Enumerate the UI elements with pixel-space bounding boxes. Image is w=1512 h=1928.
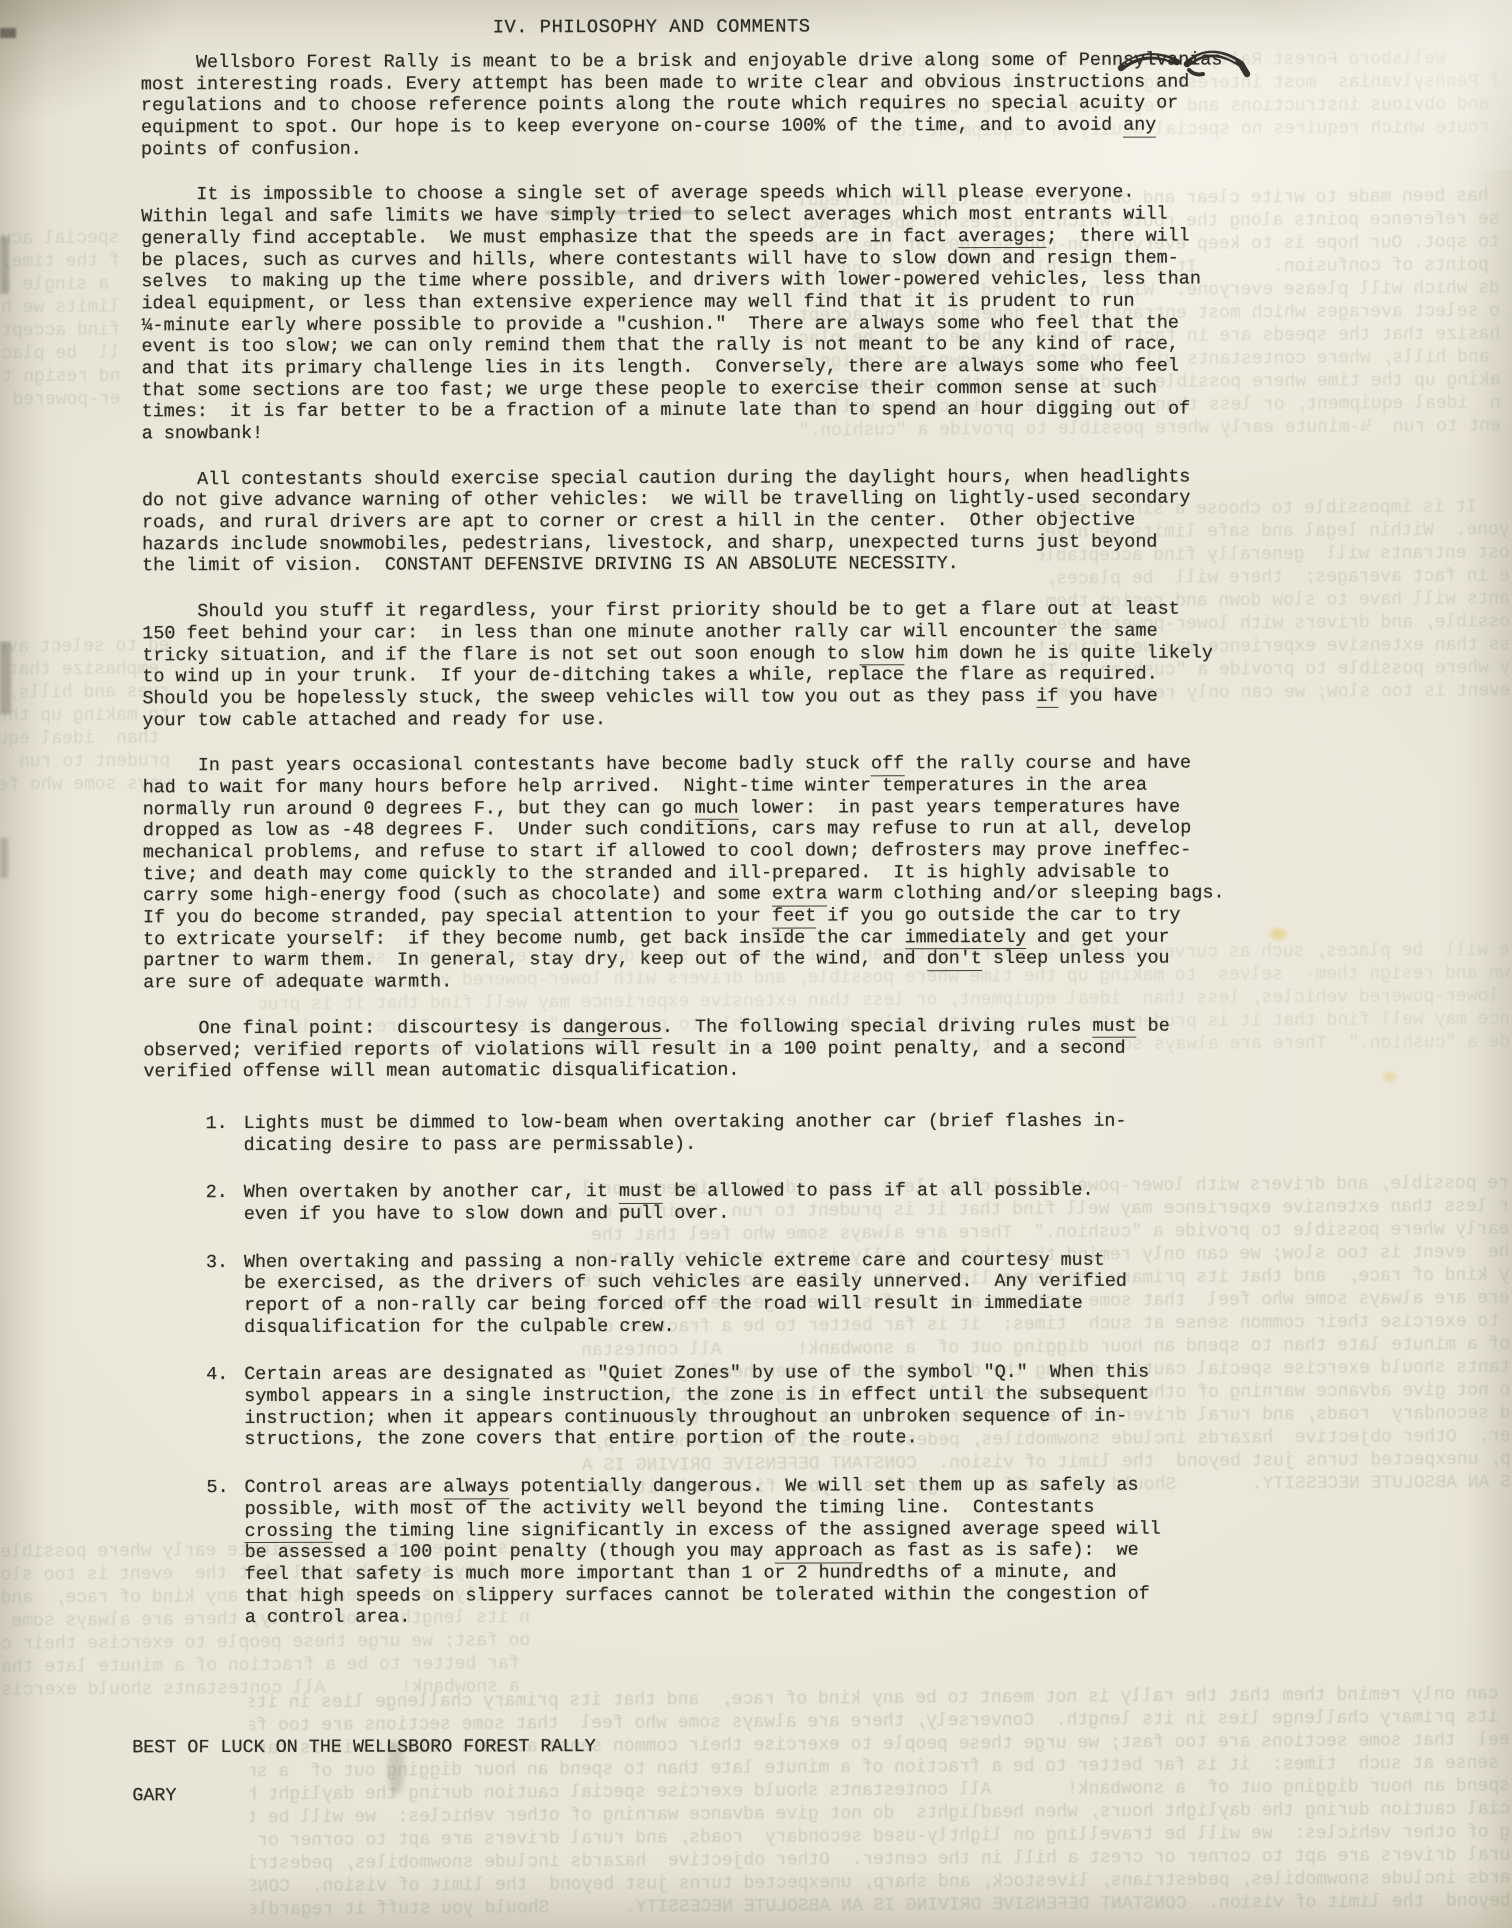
text-line: Control areas are always potentially dan…: [245, 1474, 1245, 1498]
underlined-text: off: [871, 754, 904, 777]
text-line: In past years occasional contestants hav…: [143, 753, 1243, 778]
text-line: possible, with most of the activity well…: [245, 1496, 1245, 1520]
rule-number: 1.: [206, 1113, 228, 1134]
text-line: be exercised, as the drivers of such veh…: [244, 1271, 1244, 1295]
text-line: times: it is far better to be a fraction…: [142, 399, 1242, 424]
text-line: Certain areas are designated as "Quiet Z…: [244, 1362, 1244, 1386]
text-line: ideal equipment, or less than extensive …: [141, 290, 1241, 315]
paragraph-6: One final point: discourtesy is dangerou…: [143, 1015, 1243, 1083]
text-line: When overtaking and passing a non-rally …: [244, 1249, 1244, 1273]
text-line: It is impossible to choose a single set …: [141, 182, 1241, 207]
paragraph-5: In past years occasional contestants hav…: [143, 753, 1244, 994]
text-line: crossing the timing line significantly i…: [245, 1518, 1245, 1542]
text-line: If you do become stranded, pay special a…: [143, 904, 1243, 929]
text-line: carry some high-energy food (such as cho…: [143, 883, 1243, 908]
text-line: normally run around 0 degrees F., but th…: [143, 796, 1243, 821]
text-line: When overtaken by another car, it must b…: [244, 1180, 1244, 1204]
text-line: be places, such as curves and hills, whe…: [141, 247, 1241, 272]
text-line: structions, the zone covers that entire …: [244, 1427, 1244, 1451]
text-line: the limit of vision. CONSTANT DEFENSIVE …: [142, 553, 1242, 578]
text-line: a snowbank!: [142, 420, 1242, 445]
rule-item-5: 5.Control areas are always potentially d…: [145, 1474, 1245, 1629]
text-line: event is too slow; we can only remind th…: [142, 334, 1242, 359]
text-line: observed; verified reports of violations…: [143, 1037, 1243, 1062]
underlined-text: don't: [927, 948, 982, 971]
paragraph-3: All contestants should exercise special …: [142, 466, 1242, 577]
text-line: mechanical problems, and refuse to start…: [143, 839, 1243, 864]
text-line: even if you have to slow down and pull o…: [244, 1201, 1244, 1225]
underlined-text: must: [1092, 1015, 1136, 1038]
document-body: IV. PHILOSOPHY AND COMMENTS Wellsboro Fo…: [0, 0, 1245, 1807]
page-title: IV. PHILOSOPHY AND COMMENTS: [493, 14, 1241, 38]
text-line: tricky situation, and if the flare is no…: [142, 642, 1242, 667]
text-line: to extricate yourself: if they become nu…: [143, 926, 1243, 951]
text-line: One final point: discourtesy is dangerou…: [143, 1015, 1243, 1040]
rule-number: 3.: [206, 1252, 228, 1273]
text-line: Should you be hopelessly stuck, the swee…: [142, 685, 1242, 710]
rule-number: 2.: [206, 1182, 228, 1203]
text-line: 150 feet behind your car: in less than o…: [142, 620, 1242, 645]
closing-block: BEST OF LUCK ON THE WELLSBORO FOREST RAL…: [132, 1734, 1245, 1806]
text-line: feel that safety is much more important …: [245, 1561, 1245, 1585]
paragraph-1: Wellsboro Forest Rally is meant to be a …: [141, 49, 1241, 160]
rule-item-1: 1.Lights must be dimmed to low-beam when…: [144, 1110, 1244, 1156]
underlined-text: much: [695, 797, 739, 820]
text-line: points of confusion.: [141, 136, 1241, 161]
text-line: equipment to spot. Our hope is to keep e…: [141, 114, 1241, 139]
stain-spot: [1384, 1072, 1396, 1082]
rule-item-3: 3.When overtaking and passing a non-rall…: [144, 1249, 1244, 1339]
rule-number: 4.: [206, 1364, 228, 1385]
text-line: Lights must be dimmed to low-beam when o…: [244, 1110, 1244, 1134]
rule-number: 5.: [207, 1477, 229, 1498]
text-line: do not give advance warning of other veh…: [142, 488, 1242, 513]
text-line: hazards include snowmobiles, pedestrians…: [142, 531, 1242, 556]
text-line: that high speeds on slippery surfaces ca…: [245, 1583, 1245, 1607]
paragraph-4: Should you stuff it regardless, your fir…: [142, 598, 1242, 731]
text-line: ¼-minute early where possible to provide…: [141, 312, 1241, 337]
text-line: partner to warm them. In general, stay d…: [143, 948, 1243, 973]
text-line: most interesting roads. Every attempt ha…: [141, 71, 1241, 96]
rule-text: Control areas are always potentially dan…: [245, 1474, 1245, 1628]
text-line: to wind up in your trunk. If your de-dit…: [142, 664, 1242, 689]
paragraph-2: It is impossible to choose a single set …: [141, 182, 1242, 445]
stain-spot: [1270, 928, 1286, 940]
driving-rules-list: 1.Lights must be dimmed to low-beam when…: [144, 1110, 1245, 1629]
text-line: report of a non-rally car being forced o…: [244, 1292, 1244, 1316]
text-line: a control area.: [245, 1605, 1245, 1629]
underlined-text: averages: [958, 226, 1046, 249]
rule-item-2: 2.When overtaken by another car, it must…: [144, 1180, 1244, 1226]
text-line: verified offense will mean automatic dis…: [143, 1059, 1243, 1084]
text-line: be assessed a 100 point penalty (though …: [245, 1540, 1245, 1564]
text-line: generally find acceptable. We must empha…: [141, 225, 1241, 250]
text-line: and that its primary challenge lies in i…: [142, 355, 1242, 380]
text-line: dicating desire to pass are permissable)…: [244, 1132, 1244, 1156]
text-line: your tow cable attached and ready for us…: [142, 707, 1242, 732]
text-line: that some sections are too fast; we urge…: [142, 377, 1242, 402]
underlined-text: must: [619, 1181, 663, 1204]
text-line: tive; and death may come quickly to the …: [143, 861, 1243, 886]
underlined-text: extra: [772, 884, 827, 907]
text-line: Should you stuff it regardless, your fir…: [142, 598, 1242, 623]
underlined-text: feet: [772, 906, 816, 929]
underlined-text: approach: [774, 1541, 862, 1564]
scanned-page: Wellsboro Forest Rally is meant to be a …: [0, 0, 1512, 1928]
signature: GARY: [132, 1782, 1245, 1807]
underlined-text: any: [1123, 115, 1156, 138]
text-line: All contestants should exercise special …: [142, 466, 1242, 491]
text-line: disqualification for the culpable crew.: [244, 1314, 1244, 1338]
text-line: selves to making up the time where possi…: [141, 269, 1241, 294]
underlined-text: always: [443, 1476, 509, 1499]
body-paragraphs: Wellsboro Forest Rally is meant to be a …: [141, 49, 1244, 1083]
text-line: are sure of adequate warmth.: [143, 969, 1243, 994]
underlined-text: slow: [860, 643, 904, 666]
rule-text: Lights must be dimmed to low-beam when o…: [244, 1110, 1244, 1156]
text-line: symbol appears in a single instruction, …: [244, 1383, 1244, 1407]
text-line: regulations and to choose reference poin…: [141, 93, 1241, 118]
text-line: instruction; when it appears continuousl…: [244, 1405, 1244, 1429]
rule-text: Certain areas are designated as "Quiet Z…: [244, 1362, 1244, 1451]
rule-text: When overtaking and passing a non-rally …: [244, 1249, 1244, 1338]
text-line: Wellsboro Forest Rally is meant to be a …: [141, 49, 1241, 74]
closing-line: BEST OF LUCK ON THE WELLSBORO FOREST RAL…: [132, 1734, 1245, 1759]
underlined-text: crossing: [245, 1520, 333, 1543]
corner-fold-highlight: [1282, 0, 1512, 170]
rule-text: When overtaken by another car, it must b…: [244, 1180, 1244, 1226]
text-line: Within legal and safe limits we have sim…: [141, 204, 1241, 229]
underlined-text: immediately: [905, 927, 1026, 950]
rule-item-4: 4.Certain areas are designated as "Quiet…: [144, 1362, 1244, 1452]
text-line: roads, and rural drivers are apt to corn…: [142, 509, 1242, 534]
text-line: dropped as low as -48 degrees F. Under s…: [143, 818, 1243, 843]
underlined-text: if: [1036, 686, 1058, 709]
text-line: had to wait for many hours before help a…: [143, 774, 1243, 799]
underlined-text: dangerous: [563, 1017, 662, 1040]
